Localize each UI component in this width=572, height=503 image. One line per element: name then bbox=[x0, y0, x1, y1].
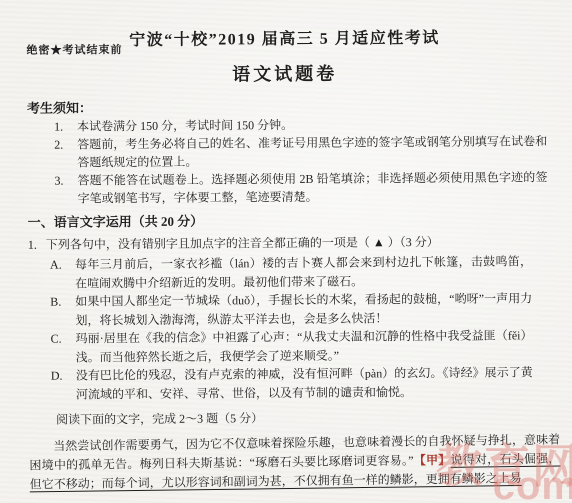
option-text: 玛丽·居里在《我的信念》中袒露了心声：“从我丈夫温和沉静的性格中我受益匪（fěi… bbox=[75, 328, 532, 364]
notice-item-number: 3. bbox=[54, 172, 63, 190]
notice-item-3: 3. 答题不能答在试题卷上。选择题必须使用 2B 铅笔填涂；非选择题必须使用黑色… bbox=[27, 168, 547, 208]
option-label: D. bbox=[51, 367, 63, 386]
notice-item-text: 答题前，考生务必将自己的姓名、准考证号用黑色字迹的签字笔或钢笔分别填写在试卷和答… bbox=[77, 134, 547, 169]
notice-item-text: 本试卷满分 150 分，考试时间 150 分钟。 bbox=[77, 118, 293, 134]
page-content: 绝密★考试结束前 宁波“十校”2019 届高三 5 月适应性考试 语文试题卷 考… bbox=[0, 28, 572, 493]
paper-subtitle: 语文试题卷 bbox=[9, 61, 561, 88]
question-stem-text: 下列各句中，没有错别字且加点字的注音全都正确的一项是（ ▲ ）（3 分） bbox=[46, 235, 439, 252]
bracket-jia-marker: 【甲】 bbox=[413, 453, 450, 467]
option-c: C. 玛丽·居里在《我的信念》中袒露了心声：“从我丈夫温和沉静的性格中我受益匪（… bbox=[0, 326, 532, 367]
option-text: 没有巴比伦的残忍，没有卢克索的神威，没有恒河畔（pàn）的玄幻。《诗经》展示了黄… bbox=[76, 365, 533, 401]
section-one-heading: 一、语言文字运用（共 20 分） bbox=[28, 209, 548, 232]
reading-passage: 当然尝试创作需要勇气，因为它不仅意味着探险乐趣，也意味着漫长的自我怀疑与挣扎，意… bbox=[29, 430, 561, 494]
option-a: A. 每年三月前后，一家衣衫褴（lán）褛的吉卜赛人都会来到村边扎下帐篷，击鼓鸣… bbox=[0, 252, 532, 293]
notice-item-2: 2. 答题前，考生务必将自己的姓名、准考证号用黑色字迹的签字笔或钢笔分别填写在试… bbox=[27, 132, 547, 172]
question-1-options: A. 每年三月前后，一家衣衫褴（lán）褛的吉卜赛人都会来到村边扎下帐篷，击鼓鸣… bbox=[0, 252, 553, 404]
option-label: C. bbox=[50, 330, 61, 349]
question-number: 1. bbox=[28, 236, 37, 254]
question-1-stem: 1. 下列各句中，没有错别字且加点字的注音全都正确的一项是（ ▲ ）（3 分） bbox=[28, 232, 548, 254]
option-text: 如果中国人都坐定一节城垛（duǒ），手握长长的木桨，看扬起的鼓槌，“哟呀”一声用… bbox=[75, 291, 532, 327]
notice-item-number: 1. bbox=[54, 118, 63, 136]
option-label: A. bbox=[50, 256, 62, 275]
option-d: D. 没有巴比伦的残忍，没有卢克索的神威，没有恒河畔（pàn）的玄幻。《诗经》展… bbox=[1, 363, 533, 404]
option-text: 每年三月前后，一家衣衫褴（lán）褛的吉卜赛人都会来到村边扎下帐篷，击鼓鸣笛，在… bbox=[75, 254, 532, 290]
reading-instruction: 阅读下面的文字，完成 2～3 题（5 分） bbox=[56, 407, 549, 428]
option-label: B. bbox=[50, 293, 61, 312]
exam-paper-page: 绝密★考试结束前 宁波“十校”2019 届高三 5 月适应性考试 语文试题卷 考… bbox=[0, 0, 572, 503]
notice-item-number: 2. bbox=[54, 136, 63, 154]
candidate-notice: 考生须知： 1. 本试卷满分 150 分，考试时间 150 分钟。 2. 答题前… bbox=[27, 96, 548, 208]
notice-item-text: 答题不能答在试题卷上。选择题必须使用 2B 铅笔填涂；非选择题必须使用黑色字迹的… bbox=[77, 170, 547, 205]
option-b: B. 如果中国人都坐定一节城垛（duǒ），手握长长的木桨，看扬起的鼓槌，“哟呀”… bbox=[0, 289, 532, 330]
classified-label: 绝密★考试结束前 bbox=[26, 41, 122, 58]
